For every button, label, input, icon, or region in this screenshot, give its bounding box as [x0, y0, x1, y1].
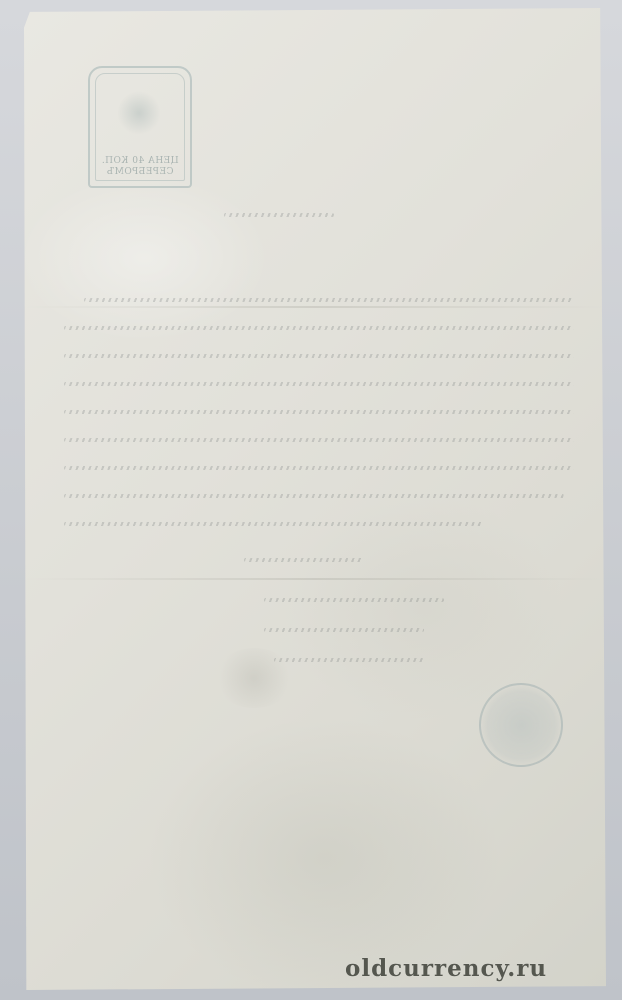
- handwriting-line: [64, 354, 574, 358]
- site-watermark: oldcurrency.ru: [345, 955, 547, 982]
- handwriting-line: [224, 213, 334, 217]
- show-through-handwriting: [24, 8, 606, 990]
- handwriting-line: [64, 494, 564, 498]
- handwriting-line: [274, 658, 424, 662]
- handwriting-line: [64, 326, 574, 330]
- handwriting-line: [64, 522, 484, 526]
- document-paper: ЦЕНА 40 КОП. СЕРЕБРОМЪ: [24, 8, 606, 990]
- paper-smudge: [214, 648, 294, 708]
- handwriting-line: [84, 298, 574, 302]
- handwriting-line: [64, 438, 574, 442]
- handwriting-line: [264, 628, 424, 632]
- handwriting-line: [264, 598, 444, 602]
- round-seal-stamp: [479, 683, 563, 767]
- handwriting-line: [64, 466, 574, 470]
- handwriting-line: [64, 410, 574, 414]
- handwriting-line: [64, 382, 574, 386]
- handwriting-line: [244, 558, 364, 562]
